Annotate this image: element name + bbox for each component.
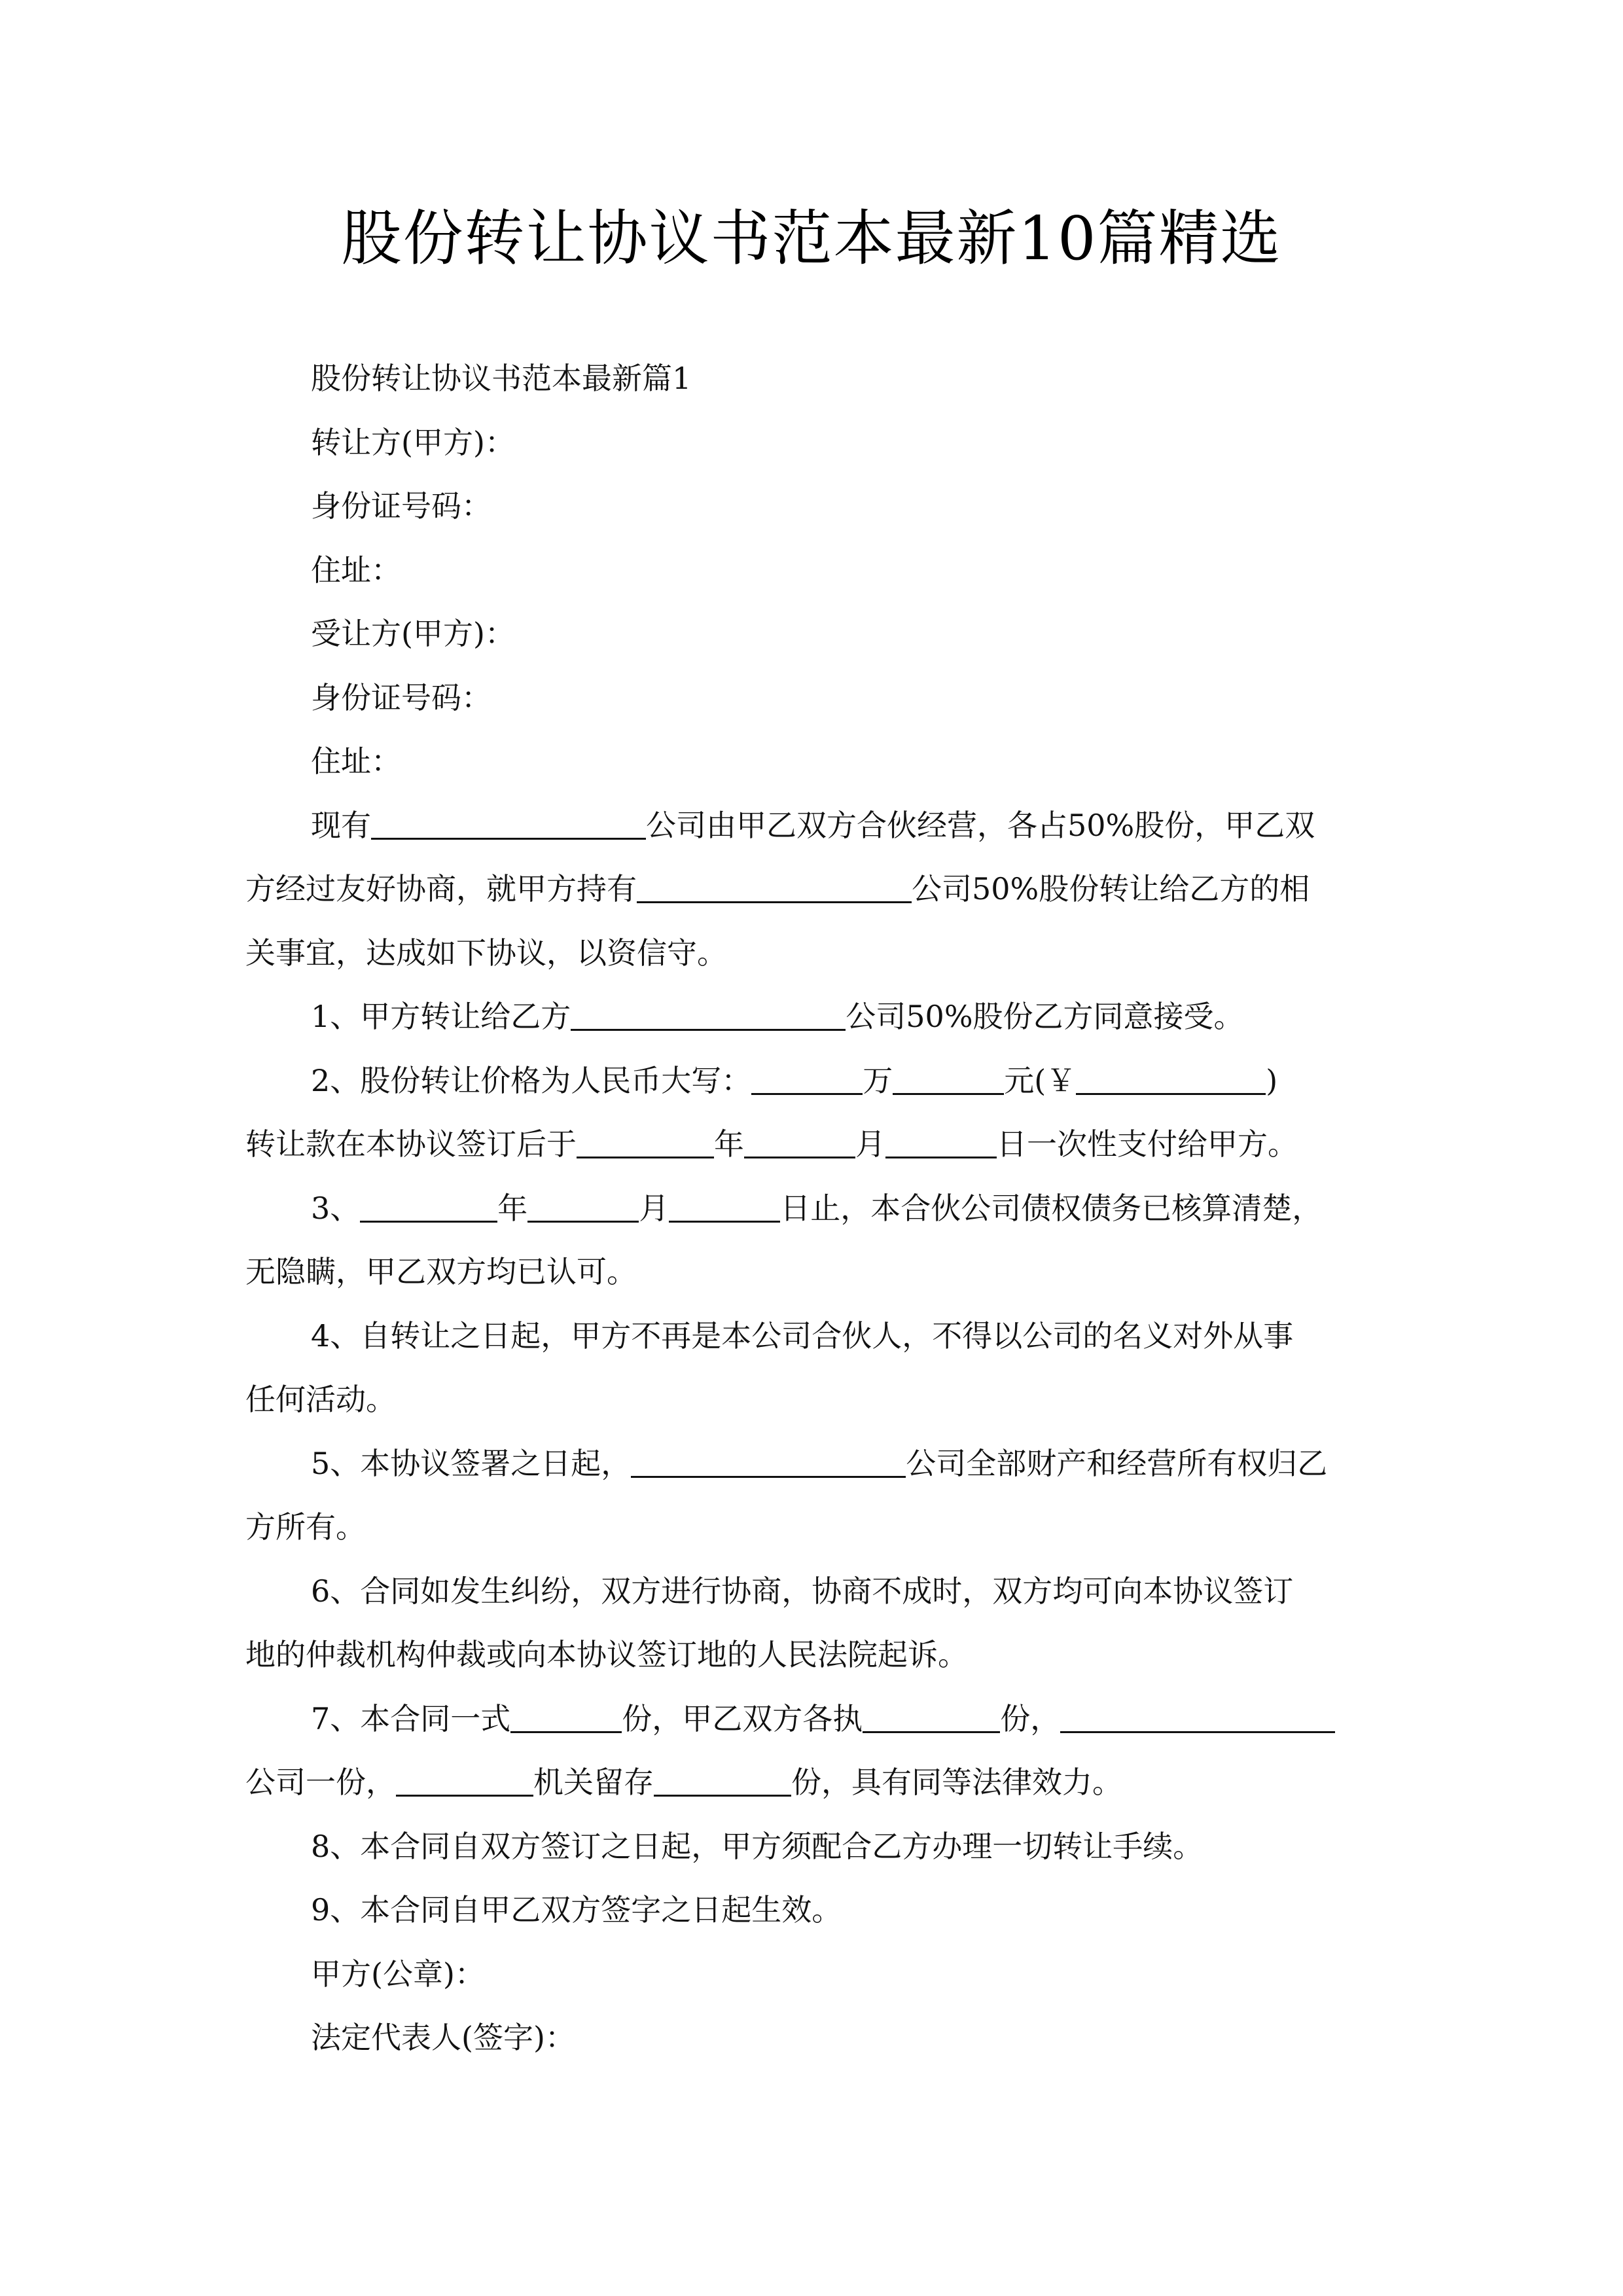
clause-text: 1、甲方转让给乙方	[311, 999, 571, 1034]
clause-2-line-2: 转让款在本协议签订后于年月日一次性支付给甲方。	[245, 1113, 1381, 1177]
clause-text: 元(￥	[1004, 1063, 1076, 1098]
clause-2: 2、股份转让价格为人民币大写：万元(￥)	[245, 1049, 1381, 1113]
section-heading: 股份转让协议书范本最新篇1	[245, 347, 1381, 411]
clause-text: 份，甲乙双方各执	[622, 1701, 863, 1736]
company-name-blank[interactable]	[637, 871, 912, 903]
clause-text: 机关留存	[533, 1765, 654, 1800]
clause-1: 1、甲方转让给乙方公司50%股份乙方同意接受。	[245, 985, 1381, 1049]
document-body: 股份转让协议书范本最新篇1 转让方(甲方)： 身份证号码： 住址： 受让方(甲方…	[245, 347, 1381, 2070]
clause-6-line-2: 地的仲裁机构仲裁或向本协议签订地的人民法院起诉。	[245, 1623, 1381, 1687]
day-blank[interactable]	[885, 1126, 997, 1158]
clause-7-line-2: 公司一份，机关留存份，具有同等法律效力。	[245, 1751, 1381, 1815]
clause-9: 9、本合同自甲乙双方签字之日起生效。	[245, 1878, 1381, 1943]
document-title: 股份转让协议书范本最新10篇精选	[0, 196, 1623, 281]
company-name-blank[interactable]	[1060, 1701, 1335, 1733]
clause-text: 转让款在本协议签订后于	[245, 1126, 577, 1162]
clause-5-line-2: 方所有。	[245, 1496, 1381, 1560]
clause-text: 公司一份，	[245, 1765, 396, 1800]
amount-wan-blank[interactable]	[751, 1063, 863, 1095]
clause-text: 5、本协议签署之日起，	[311, 1446, 631, 1481]
clause-text: 公司全部财产和经营所有权归乙	[906, 1446, 1327, 1481]
day-blank[interactable]	[669, 1191, 780, 1223]
clause-text: 3、	[311, 1191, 360, 1226]
preamble-text: 现有	[311, 808, 371, 843]
clause-8: 8、本合同自双方签订之日起，甲方须配合乙方办理一切转让手续。	[245, 1815, 1381, 1879]
transferee-id-label: 身份证号码：	[245, 666, 1381, 730]
preamble-text: 方经过友好协商，就甲方持有	[245, 871, 637, 906]
authority-name-blank[interactable]	[396, 1765, 533, 1797]
transferor-id-label: 身份证号码：	[245, 475, 1381, 539]
clause-3-line-2: 无隐瞒，甲乙双方均已认可。	[245, 1240, 1381, 1304]
amount-numeric-blank[interactable]	[1076, 1063, 1266, 1095]
company-name-blank[interactable]	[371, 808, 646, 840]
clause-3: 3、年月日止，本合伙公司债权债务已核算清楚，	[245, 1177, 1381, 1241]
copies-retained-blank[interactable]	[654, 1765, 791, 1797]
company-name-blank[interactable]	[631, 1446, 906, 1478]
transferor-address-label: 住址：	[245, 539, 1381, 603]
clause-4-line-2: 任何活动。	[245, 1368, 1381, 1432]
legal-representative-label: 法定代表人(签字)：	[245, 2006, 1381, 2070]
copies-total-blank[interactable]	[510, 1701, 622, 1733]
clause-text: 2、股份转让价格为人民币大写：	[311, 1063, 751, 1098]
year-blank[interactable]	[577, 1126, 714, 1158]
clause-text: )	[1266, 1063, 1277, 1098]
clause-6: 6、合同如发生纠纷，双方进行协商，协商不成时，双方均可向本协议签订	[245, 1560, 1381, 1624]
clause-text: 份，	[1000, 1701, 1060, 1736]
clause-text: 日止，本合伙公司债权债务已核算清楚，	[780, 1191, 1322, 1226]
preamble-line-1: 现有公司由甲乙双方合伙经营，各占50%股份，甲乙双	[245, 794, 1381, 858]
party-a-seal-label: 甲方(公章)：	[245, 1943, 1381, 2007]
clause-text: 年	[497, 1191, 527, 1226]
preamble-line-2: 方经过友好协商，就甲方持有公司50%股份转让给乙方的相	[245, 857, 1381, 922]
month-blank[interactable]	[744, 1126, 855, 1158]
clause-text: 年	[714, 1126, 744, 1162]
amount-yuan-blank[interactable]	[893, 1063, 1004, 1095]
company-name-blank[interactable]	[571, 999, 846, 1031]
year-blank[interactable]	[360, 1191, 497, 1223]
transferee-label: 受让方(甲方)：	[245, 602, 1381, 666]
clause-text: 7、本合同一式	[311, 1701, 510, 1736]
transferee-address-label: 住址：	[245, 730, 1381, 794]
preamble-text: 公司由甲乙双方合伙经营，各占50%股份，甲乙双	[646, 808, 1315, 843]
clause-4: 4、自转让之日起，甲方不再是本公司合伙人，不得以公司的名义对外从事	[245, 1304, 1381, 1369]
preamble-text: 公司50%股份转让给乙方的相	[912, 871, 1310, 906]
clause-text: 份，具有同等法律效力。	[791, 1765, 1122, 1800]
clause-text: 日一次性支付给甲方。	[997, 1126, 1298, 1162]
clause-text: 万	[863, 1063, 893, 1098]
copies-each-blank[interactable]	[863, 1701, 1000, 1733]
clause-text: 公司50%股份乙方同意接受。	[846, 999, 1243, 1034]
clause-7: 7、本合同一式份，甲乙双方各执份，	[245, 1687, 1381, 1751]
month-blank[interactable]	[527, 1191, 639, 1223]
transferor-label: 转让方(甲方)：	[245, 411, 1381, 475]
document-page: 股份转让协议书范本最新10篇精选 股份转让协议书范本最新篇1 转让方(甲方)： …	[0, 0, 1623, 2296]
clause-text: 月	[639, 1191, 669, 1226]
clause-5: 5、本协议签署之日起，公司全部财产和经营所有权归乙	[245, 1432, 1381, 1496]
preamble-line-3: 关事宜，达成如下协议，以资信守。	[245, 922, 1381, 986]
clause-text: 月	[855, 1126, 885, 1162]
